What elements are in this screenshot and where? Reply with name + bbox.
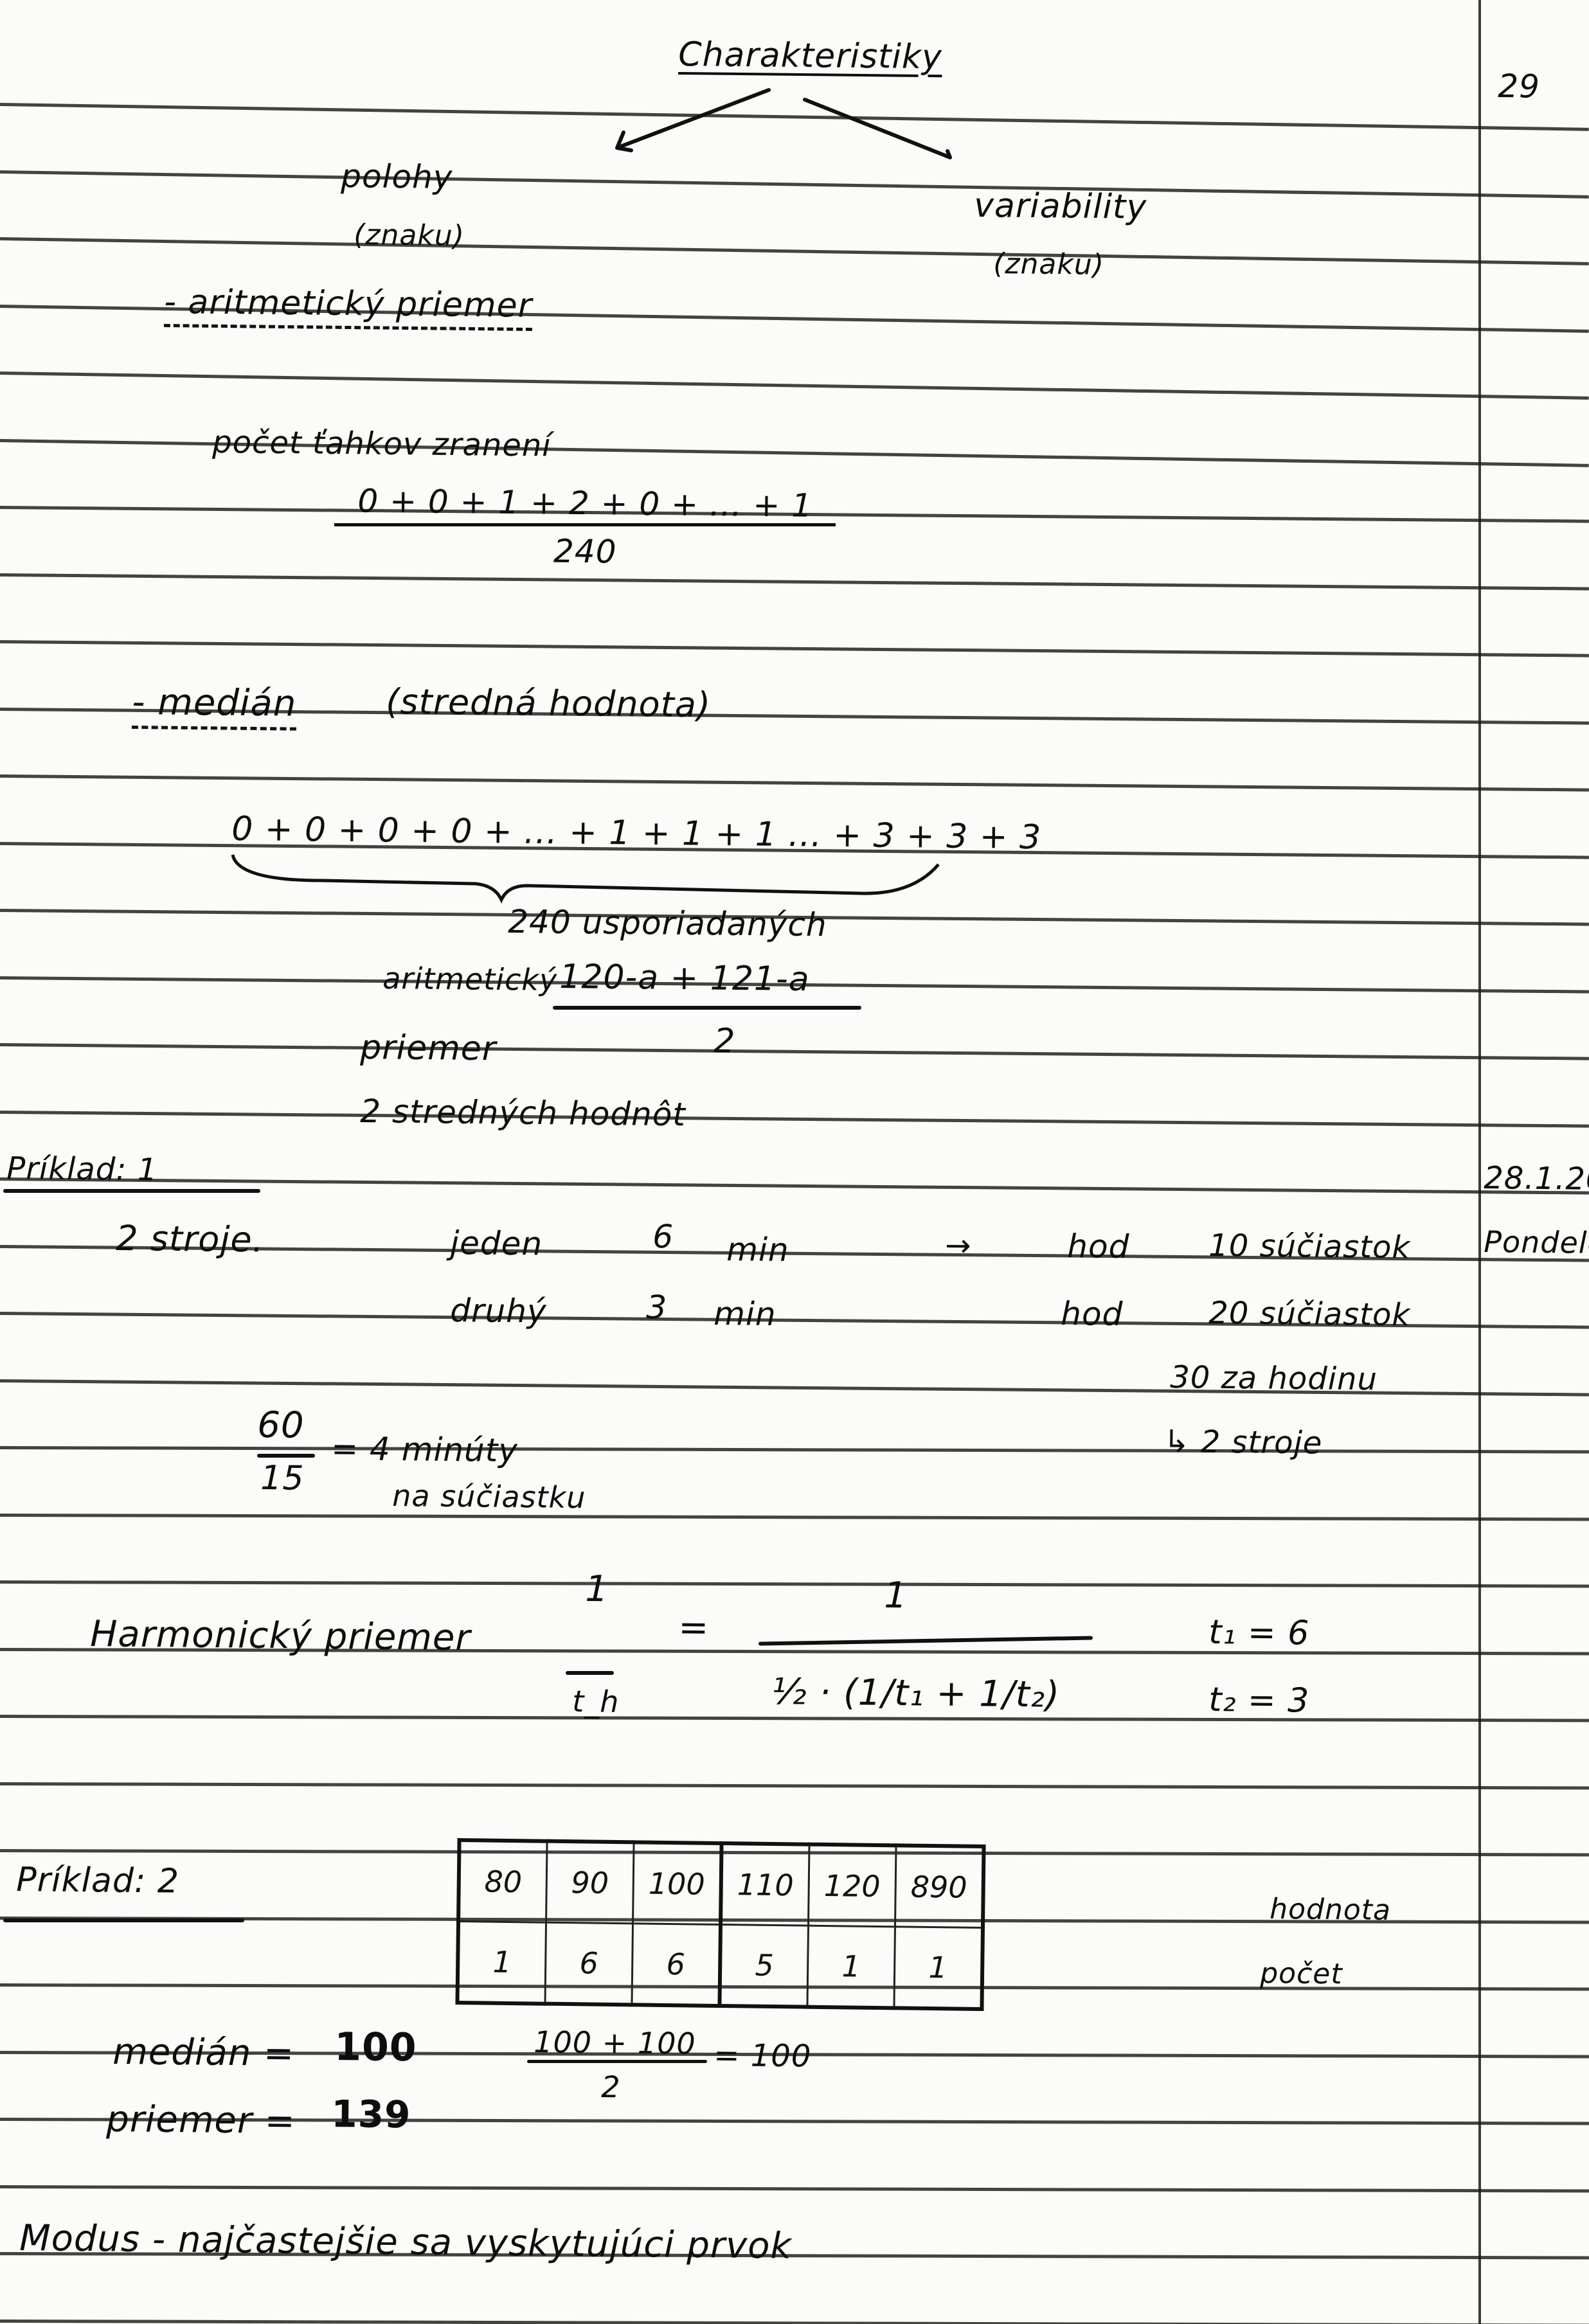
median-calc-result: = 100 — [714, 2037, 812, 2075]
median-fraction-numerator: 120-a + 121-a — [559, 958, 810, 999]
harmonic-lhs-num: 1 — [585, 1568, 609, 1610]
value-cell: 80 — [458, 1840, 547, 1922]
machine-2-per: hod — [1061, 1295, 1124, 1333]
modus-definition: Modus - najčastejšie sa vyskytujúci prvo… — [19, 2217, 792, 2267]
machine-1: jeden — [450, 1224, 543, 1263]
mean-result-label: priemer = — [106, 2098, 296, 2142]
machine-1-per: hod — [1067, 1228, 1130, 1265]
frequency-table: 8090100110120890166511 — [455, 1838, 985, 2011]
harmonic-rhs-num: 1 — [884, 1575, 908, 1616]
calc-result-note: na súčiastku — [392, 1478, 586, 1515]
calc-denominator: 15 — [260, 1459, 305, 1498]
machine-2-time: 3 — [646, 1289, 667, 1326]
row-label-value: hodnota — [1270, 1893, 1391, 1927]
count-cell: 1 — [807, 1926, 895, 2008]
example1-total: 30 za hodinu — [1170, 1359, 1378, 1397]
calc-fraction-bar — [257, 1454, 315, 1458]
median-calc-denominator: 2 — [601, 2069, 621, 2104]
harmonic-rhs-den: ½ · (1/t₁ + 1/t₂) — [771, 1671, 1060, 1716]
count-cell: 6 — [545, 1922, 633, 2005]
example2-title: Príklad: 2 — [16, 1861, 179, 1901]
value-cell: 90 — [546, 1841, 634, 1924]
median-fraction-denominator: 2 — [714, 1022, 736, 1060]
machine-1-unit: min — [726, 1231, 789, 1269]
median-brace-note: 240 usporiadaných — [508, 903, 827, 943]
count-row: 166511 — [457, 1922, 982, 2009]
count-cell: 5 — [719, 1925, 808, 2007]
harmonic-lhs-bar — [566, 1671, 614, 1675]
count-cell: 6 — [632, 1924, 721, 2006]
example2-underline — [3, 1918, 244, 1922]
harmonic-lhs-den: t_h — [572, 1684, 620, 1719]
calc-numerator: 60 — [257, 1404, 305, 1447]
arrow-icon: → — [945, 1228, 972, 1264]
mean-result-value: 139 — [331, 2092, 411, 2136]
example1-title: Príklad: 1 — [6, 1150, 158, 1188]
calc-result: = 4 minúty — [331, 1430, 518, 1469]
machine-2: druhý — [450, 1292, 547, 1330]
value-cell: 110 — [721, 1843, 809, 1926]
median-mean-label-2: priemer — [360, 1028, 496, 1068]
count-cell: 1 — [894, 1927, 983, 2009]
harmonic-equals: = — [678, 1607, 710, 1649]
machine-1-time: 6 — [652, 1218, 674, 1255]
median-fraction-bar — [553, 1006, 861, 1010]
harmonic-label: Harmonický priemer — [90, 1613, 471, 1659]
machine-2-unit: min — [714, 1295, 777, 1333]
median-mean-label-1: aritmetický — [382, 961, 558, 997]
value-row: 8090100110120890 — [458, 1840, 983, 1927]
example1-subject: 2 stroje. — [116, 1218, 264, 1260]
example1-total-note: ↳ 2 stroje — [1163, 1424, 1323, 1461]
example1-underline — [3, 1189, 260, 1193]
median-result-label: medián = — [112, 2031, 294, 2075]
value-cell: 120 — [808, 1845, 896, 1927]
median-calc-numerator: 100 + 100 — [534, 2025, 696, 2061]
row-label-count: počet — [1260, 1957, 1343, 1990]
harmonic-t2: t₂ = 3 — [1208, 1681, 1310, 1721]
notebook-page: 29 28.1.20 Pondelok Charakteristiky polo… — [0, 0, 1589, 2324]
median-result-value: 100 — [334, 2025, 417, 2070]
median-mean-label-3: 2 stredných hodnôt — [360, 1093, 686, 1133]
count-cell: 1 — [457, 1922, 546, 2004]
machine-1-result: 10 súčiastok — [1208, 1228, 1410, 1265]
machine-2-result: 20 súčiastok — [1208, 1295, 1410, 1333]
harmonic-t1: t₁ = 6 — [1208, 1613, 1310, 1653]
median-calc-bar — [527, 2060, 707, 2063]
value-cell: 100 — [633, 1842, 722, 1924]
value-cell: 890 — [895, 1845, 983, 1927]
